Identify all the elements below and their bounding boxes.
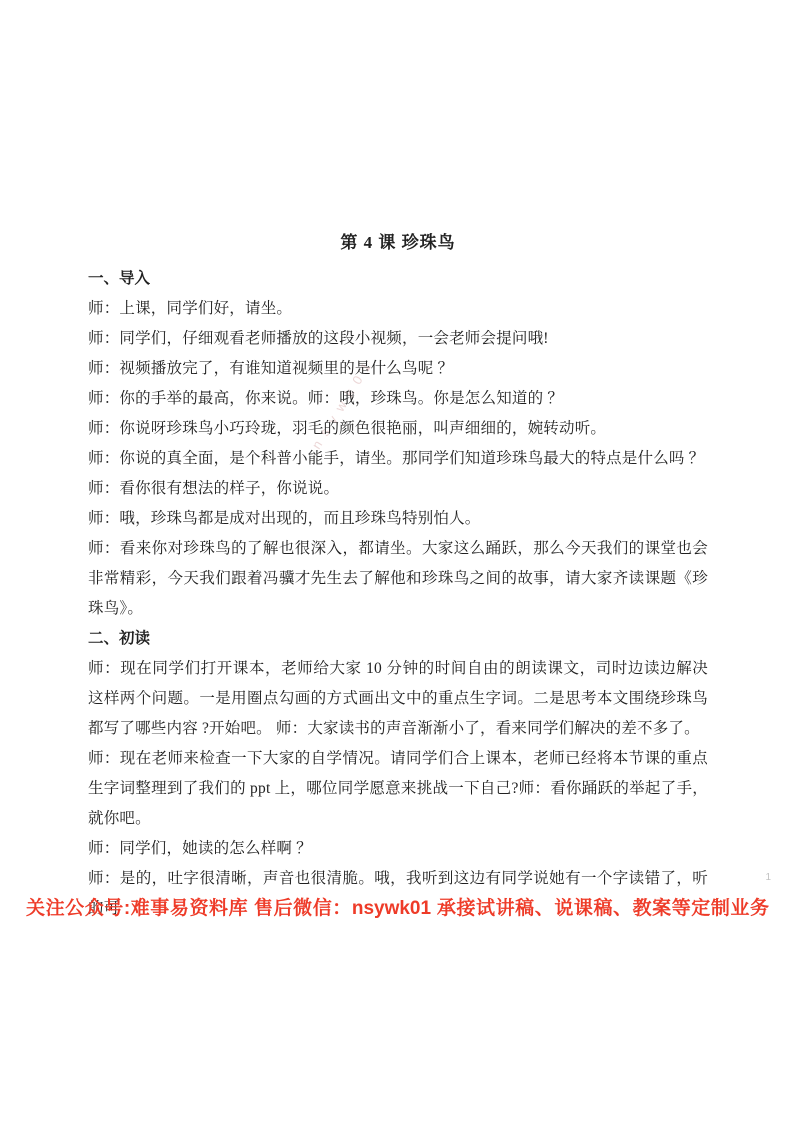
page-title: 第 4 课 珍珠鸟 [88, 228, 708, 258]
dialogue-paragraph: 师：你说的真全面，是个科普小能手，请坐。那同学们知道珍珠鸟最大的特点是什么吗 ？ [88, 444, 708, 474]
dialogue-paragraph: 师：哦，珍珠鸟都是成对出现的，而且珍珠鸟特别怕人。 [88, 504, 708, 534]
document-content: 第 4 课 珍珠鸟 一、导入师：上课，同学们好，请坐。师：同学们，仔细观看老师播… [88, 228, 708, 924]
dialogue-paragraph: 师：看你很有想法的样子，你说说。 [88, 474, 708, 504]
dialogue-paragraph: 师：看来你对珍珠鸟的了解也很深入，都请坐。大家这么踊跃，那么今天我们的课堂也会非… [88, 534, 708, 624]
section-heading: 二、初读 [88, 624, 708, 654]
dialogue-paragraph: 师：现在同学们打开课本，老师给大家 10 分钟的时间自由的朗读课文，司时边读边解… [88, 654, 708, 744]
document-page: nsywk01 第 4 课 珍珠鸟 一、导入师：上课，同学们好，请坐。师：同学们… [0, 0, 793, 1122]
dialogue-paragraph: 师：你说呀珍珠鸟小巧玲珑，羽毛的颜色很艳丽，叫声细细的，婉转动听。 [88, 414, 708, 444]
dialogue-paragraph: 师：你的手举的最高，你来说。师：哦，珍珠鸟。你是怎么知道的 ？ [88, 384, 708, 414]
dialogue-paragraph: 师：上课，同学们好，请坐。 [88, 294, 708, 324]
sections-container: 一、导入师：上课，同学们好，请坐。师：同学们，仔细观看老师播放的这段小视频，一会… [88, 264, 708, 924]
section-heading: 一、导入 [88, 264, 708, 294]
footer-banner: 关注公众号:难事易资料库 售后微信：nsywk01 承接试讲稿、说课稿、教案等定… [26, 893, 769, 925]
dialogue-paragraph: 师：现在老师来检查一下大家的自学情况。请同学们合上课本，老师已经将本节课的重点生… [88, 744, 708, 834]
dialogue-paragraph: 师：同学们，她读的怎么样啊 ？ [88, 834, 708, 864]
dialogue-paragraph: 师：视频播放完了，有谁知道视频里的是什么鸟呢 ？ [88, 354, 708, 384]
page-number: 1 [765, 872, 771, 883]
dialogue-paragraph: 师：同学们，仔细观看老师播放的这段小视频，一会老师会提问哦! [88, 324, 708, 354]
